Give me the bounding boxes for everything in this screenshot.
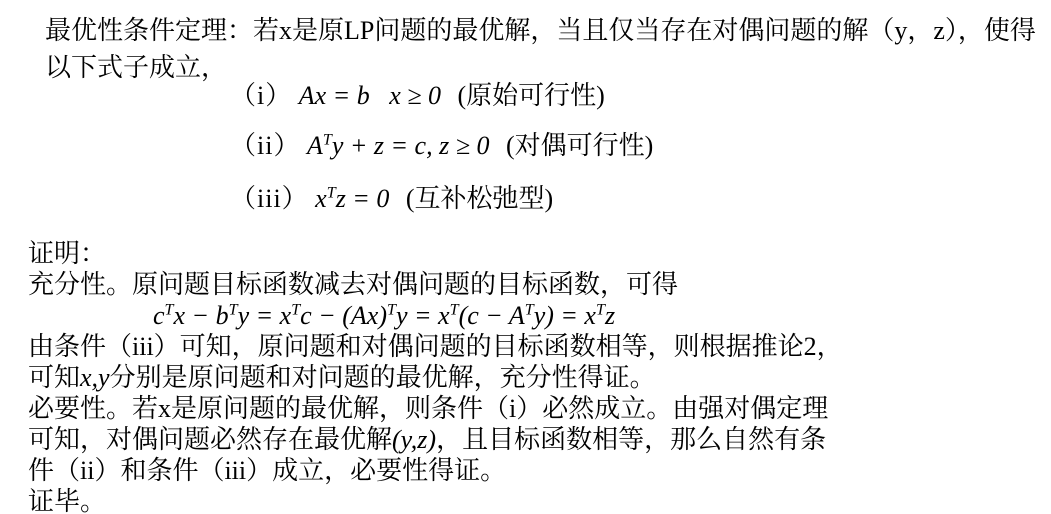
condition-i-note: (原始可行性) <box>458 81 605 110</box>
proof-sufficiency-line3-post: 分别是原问题和对问题的最优解，充分性得证。 <box>110 363 656 392</box>
theorem-line-1: 最优性条件定理：若x是原LP问题的最优解，当且仅当存在对偶问题的解（y，z），使… <box>45 12 1045 49</box>
proof-sufficiency-line3: 可知x,y分别是原问题和对问题的最优解，充分性得证。 <box>28 362 1038 393</box>
proof-necessity-line2-post: ，且目标函数相等，那么自然有条 <box>436 425 826 454</box>
document-page: 最优性条件定理：若x是原LP问题的最优解，当且仅当存在对偶问题的解（y，z），使… <box>0 0 1051 514</box>
condition-ii-note: (对偶可行性) <box>506 131 653 160</box>
condition-iii-note: (互补松弛型) <box>406 184 553 213</box>
condition-complementary-slackness: （iii） xTz = 0 (互补松弛型) <box>230 183 553 215</box>
proof-sufficiency-line3-pre: 可知 <box>28 363 80 392</box>
condition-ii-label: （ii） <box>230 131 300 160</box>
theorem-statement: 最优性条件定理：若x是原LP问题的最优解，当且仅当存在对偶问题的解（y，z），使… <box>45 12 1045 86</box>
proof-sufficiency-line3-math: x,y <box>80 363 110 392</box>
proof-derivation-formula: cTx − bTy = xTc − (Ax)Ty = xT(c − ATy) =… <box>153 300 1038 331</box>
proof-qed: 证毕。 <box>28 486 1038 514</box>
condition-ii-formula: ATy + z = c, z ≥ 0 <box>307 131 490 160</box>
proof-sufficiency-line2: 由条件（iii）可知，原问题和对偶问题的目标函数相等，则根据推论2， <box>28 331 1038 362</box>
condition-i-formula: Ax = b x ≥ 0 <box>299 81 441 110</box>
condition-primal-feasibility: （i） Ax = b x ≥ 0 (原始可行性) <box>230 80 605 112</box>
proof-necessity-line2-math: (y,z) <box>392 425 436 454</box>
condition-dual-feasibility: （ii） ATy + z = c, z ≥ 0 (对偶可行性) <box>230 130 653 162</box>
condition-i-label: （i） <box>230 81 292 110</box>
condition-iii-label: （iii） <box>230 184 309 213</box>
proof-heading: 证明： <box>28 238 1038 269</box>
proof-necessity-line1: 必要性。若x是原问题的最优解，则条件（i）必然成立。由强对偶定理 <box>28 393 1038 424</box>
proof-necessity-line2: 可知，对偶问题必然存在最优解(y,z)，且目标函数相等，那么自然有条 <box>28 424 1038 455</box>
condition-iii-formula: xTz = 0 <box>315 184 389 213</box>
proof-sufficiency-intro: 充分性。原问题目标函数减去对偶问题的目标函数，可得 <box>28 269 1038 300</box>
proof-necessity-line2-pre: 可知，对偶问题必然存在最优解 <box>28 425 392 454</box>
proof-necessity-line3: 件（ii）和条件（iii）成立，必要性得证。 <box>28 455 1038 486</box>
proof-section: 证明： 充分性。原问题目标函数减去对偶问题的目标函数，可得 cTx − bTy … <box>28 238 1038 514</box>
